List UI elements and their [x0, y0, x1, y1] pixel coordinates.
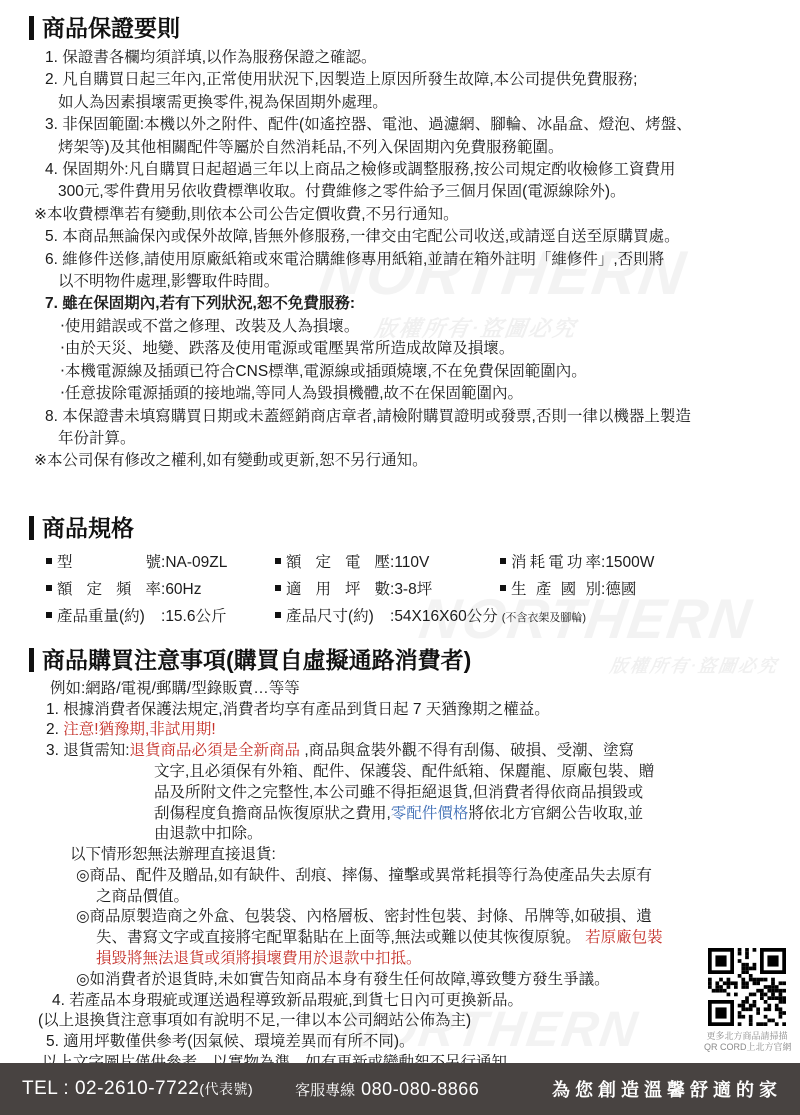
text-line: 6. 維修件送修,請使用原廠紙箱或來電洽購維修專用紙箱,並請在箱外註明「維修件」… — [0, 249, 800, 271]
text-segment: 300元,零件費用另依收費標準收取。付費維修之零件給予三個月保固(電源線除外)。 — [58, 183, 626, 200]
text-segment: ,商品與盒裝外觀不得有刮傷、破損、受潮、塗寫 — [300, 742, 634, 759]
heading-bar-icon — [29, 16, 34, 40]
footer-service: 客服專線080-080-8866 — [295, 1079, 479, 1100]
text-segment: 烤架等)及其他相關配件等屬於自然消耗品,不列入保固期內免費服務範圍。 — [58, 139, 563, 156]
text-line: ※本收費標準若有變動,則依本公司公告定價收費,不另行通知。 — [0, 204, 800, 226]
text-line: 5. 本商品無論保內或保外故障,皆無外修服務,一律交由宅配公司收送,或請逕自送至… — [0, 226, 800, 248]
text-segment: 年份計算。 — [58, 430, 136, 447]
text-segment: 4. 若產品本身瑕疵或運送過程導致新品瑕疵,到貨七日內可更換新品。 — [52, 992, 523, 1009]
spec-item: 生產國別:德國 — [500, 576, 636, 603]
heading-bar-icon — [29, 516, 34, 540]
spec-label: 產品尺寸(約) — [286, 603, 390, 630]
text-line: 4. 保固期外:凡自購買日起超過三年以上商品之檢修或調整服務,按公司規定酌收檢修… — [0, 159, 800, 181]
square-bullet-icon — [46, 585, 52, 591]
spec-value: 德國 — [605, 581, 636, 598]
text-line: ‧由於天災、地變、跌落及使用電源或電壓異常所造成故障及損壞。 — [0, 338, 800, 360]
section-purchase: 商品購買注意事項(購買自虛擬通路消費者) 例如:網路/電視/郵購/型錄販賣…等等… — [0, 645, 800, 1074]
spec-value: 3-8坪 — [394, 581, 432, 598]
purchase-title-text: 商品購買注意事項(購買自虛擬通路消費者) — [42, 645, 471, 675]
footer-service-phone: 080-080-8866 — [361, 1079, 479, 1099]
spec-value: 54X16X60公分 — [394, 608, 497, 625]
text-line: 7. 雖在保固期內,若有下列狀況,恕不免費服務: — [0, 293, 800, 315]
text-line: 3. 非保固範圍:本機以外之附件、配件(如遙控器、電池、過濾網、腳輪、冰晶盒、燈… — [0, 114, 800, 136]
text-line: 以不明物件處理,影響取件時間。 — [0, 271, 800, 293]
spec-value: 1500W — [605, 554, 654, 571]
spec-value: 60Hz — [165, 581, 201, 598]
text-line: ‧本機電源線及插頭已符合CNS標準,電源線或插頭燒壞,不在免費保固範圍內。 — [0, 361, 800, 383]
qr-code-icon — [708, 948, 786, 1026]
text-segment: 如人為因素損壞需更換零件,視為保固期外處理。 — [58, 94, 388, 111]
text-line: 損毀將無法退貨或須將損壞費用於退款中扣抵。 — [0, 949, 800, 970]
warranty-title: 商品保證要則 — [0, 13, 800, 43]
text-segment: 之商品價值。 — [96, 888, 189, 905]
text-segment: ※本收費標準若有變動,則依本公司公告定價收費,不另行通知。 — [34, 206, 459, 223]
spec-item: 產品尺寸(約):54X16X60公分(不含衣架及腳輪) — [275, 603, 586, 632]
text-segment: ‧使用錯誤或不當之修理、改裝及人為損壞。 — [60, 318, 359, 335]
qr-block: 更多北方商品請掃描 QR CORD上北方官網 — [704, 948, 790, 1053]
text-segment: 以不明物件處理,影響取件時間。 — [58, 273, 279, 290]
square-bullet-icon — [500, 558, 506, 564]
text-segment: 2. 凡自購買日起三年內,正常使用狀況下,因製造上原因所發生故障,本公司提供免費… — [45, 71, 637, 88]
heading-bar-icon — [29, 648, 34, 672]
qr-caption-line2: QR CORD上北方官網 — [704, 1042, 790, 1053]
spec-row: 額定頻率:60Hz適用坪數:3-8坪生產國別:德國 — [0, 576, 800, 603]
text-segment: ‧由於天災、地變、跌落及使用電源或電壓異常所造成故障及損壞。 — [60, 340, 514, 357]
text-segment: 6. 維修件送修,請使用原廠紙箱或來電洽購維修專用紙箱,並請在箱外註明「維修件」… — [45, 251, 664, 268]
text-line: 8. 本保證書未填寫購買日期或未蓋經銷商店章者,請檢附購買證明或發票,否則一律以… — [0, 406, 800, 428]
text-line: 文字,且必須保有外箱、配件、保護袋、配件紙箱、保麗龍、原廠包裝、贈 — [0, 762, 800, 783]
purchase-title: 商品購買注意事項(購買自虛擬通路消費者) — [0, 645, 800, 675]
qr-caption-line1: 更多北方商品請掃描 — [704, 1031, 790, 1042]
text-segment: ◎商品原製造商之外盒、包裝袋、內格層板、密封性包裝、封條、吊牌等,如破損、遺 — [76, 908, 652, 925]
warranty-lines: 1. 保證書各欄均須詳填,以作為服務保證之確認。2. 凡自購買日起三年內,正常使… — [0, 47, 800, 473]
spec-value: 110V — [394, 554, 429, 571]
section-warranty: 商品保證要則 1. 保證書各欄均須詳填,以作為服務保證之確認。2. 凡自購買日起… — [0, 0, 800, 473]
spec-label: 型號 — [57, 549, 161, 576]
spec-rows: 型號:NA-09ZL額定電壓:110V消耗電功率:1500W額定頻率:60Hz適… — [0, 549, 800, 630]
specs-title-text: 商品規格 — [42, 513, 134, 543]
text-segment: 刮傷程度負擔商品恢復原狀之費用, — [154, 805, 391, 822]
text-line: 以下情形恕無法辦理直接退貨: — [0, 845, 800, 866]
text-segment: 退貨商品必須是全新商品 — [130, 742, 301, 759]
spec-item: 產品重量(約):15.6公斤 — [46, 603, 226, 630]
text-line: 300元,零件費用另依收費標準收取。付費維修之零件給予三個月保固(電源線除外)。 — [0, 181, 800, 203]
text-segment: 損毀將無法退貨或須將損壞費用於退款中扣抵。 — [96, 950, 422, 967]
square-bullet-icon — [46, 612, 52, 618]
text-segment: 以下情形恕無法辦理直接退貨: — [70, 846, 276, 863]
spec-label: 消耗電功率 — [511, 549, 601, 576]
text-line: 4. 若產品本身瑕疵或運送過程導致新品瑕疵,到貨七日內可更換新品。 — [0, 991, 800, 1012]
text-line: 如人為因素損壞需更換零件,視為保固期外處理。 — [0, 92, 800, 114]
spec-item: 型號:NA-09ZL — [46, 549, 227, 576]
square-bullet-icon — [275, 558, 281, 564]
warranty-title-text: 商品保證要則 — [42, 13, 180, 43]
footer-bar: TEL : 02-2610-7722(代表號) 客服專線080-080-8866… — [0, 1063, 800, 1115]
spec-item: 適用坪數:3-8坪 — [275, 576, 432, 603]
text-segment: ※本公司保有修改之權利,如有變動或更新,恕不另行通知。 — [34, 452, 428, 469]
text-segment: 由退款中扣除。 — [154, 825, 263, 842]
text-line: (以上退換貨注意事項如有說明不足,一律以本公司網站公佈為主) — [0, 1011, 800, 1032]
spec-value: NA-09ZL — [165, 554, 227, 571]
footer-service-label: 客服專線 — [295, 1082, 355, 1099]
square-bullet-icon — [275, 612, 281, 618]
spec-value: 15.6公斤 — [165, 608, 226, 625]
text-segment: 5. 本商品無論保內或保外故障,皆無外修服務,一律交由宅配公司收送,或請逕自送至… — [45, 228, 680, 245]
spec-label: 產品重量(約) — [57, 603, 161, 630]
square-bullet-icon — [500, 585, 506, 591]
section-specs: 商品規格 型號:NA-09ZL額定電壓:110V消耗電功率:1500W額定頻率:… — [0, 513, 800, 630]
text-segment: 零配件價格 — [391, 805, 469, 822]
text-line: 刮傷程度負擔商品恢復原狀之費用,零配件價格將依北方官網公告收取,並 — [0, 804, 800, 825]
square-bullet-icon — [275, 585, 281, 591]
spec-item: 額定電壓:110V — [275, 549, 429, 576]
text-line: 2. 凡自購買日起三年內,正常使用狀況下,因製造上原因所發生故障,本公司提供免費… — [0, 69, 800, 91]
spec-row: 型號:NA-09ZL額定電壓:110V消耗電功率:1500W — [0, 549, 800, 576]
spec-label: 額定電壓 — [286, 549, 390, 576]
text-segment: 將依北方官網公告收取,並 — [468, 805, 643, 822]
text-segment: ‧任意拔除電源插頭的接地端,等同人為毀損機體,故不在保固範圍內。 — [60, 385, 523, 402]
footer-tel: TEL : 02-2610-7722(代表號) — [22, 1078, 253, 1100]
text-segment: 例如:網路/電視/郵購/型錄販賣…等等 — [50, 680, 300, 697]
spec-row: 產品重量(約):15.6公斤產品尺寸(約):54X16X60公分(不含衣架及腳輪… — [0, 603, 800, 630]
specs-title: 商品規格 — [0, 513, 800, 543]
text-segment: 2. — [46, 721, 63, 738]
text-line: 例如:網路/電視/郵購/型錄販賣…等等 — [0, 679, 800, 700]
text-segment: 注意!猶豫期,非試用期! — [63, 721, 215, 738]
text-segment: ◎商品、配件及贈品,如有缺件、刮痕、摔傷、撞擊或異常耗損等行為使產品失去原有 — [76, 867, 652, 884]
text-line: ◎如消費者於退貨時,未如實告知商品本身有發生任何故障,導致雙方發生爭議。 — [0, 970, 800, 991]
footer-tel-number: TEL : 02-2610-7722 — [22, 1078, 199, 1099]
footer-tel-suffix: (代表號) — [199, 1081, 253, 1097]
text-line: 品及所附文件之完整性,本公司雖不得拒絕退貨,但消費者得依商品損毀或 — [0, 783, 800, 804]
text-segment: 3. 非保固範圍:本機以外之附件、配件(如遙控器、電池、過濾網、腳輪、冰晶盒、燈… — [45, 116, 692, 133]
text-segment: ‧本機電源線及插頭已符合CNS標準,電源線或插頭燒壞,不在免費保固範圍內。 — [60, 363, 587, 380]
text-line: ‧任意拔除電源插頭的接地端,等同人為毀損機體,故不在保固範圍內。 — [0, 383, 800, 405]
text-line: ◎商品、配件及贈品,如有缺件、刮痕、摔傷、撞擊或異常耗損等行為使產品失去原有 — [0, 866, 800, 887]
spec-item: 消耗電功率:1500W — [500, 549, 654, 576]
text-segment: 文字,且必須保有外箱、配件、保護袋、配件紙箱、保麗龍、原廠包裝、贈 — [154, 763, 654, 780]
text-segment: 8. 本保證書未填寫購買日期或未蓋經銷商店章者,請檢附購買證明或發票,否則一律以… — [45, 408, 691, 425]
text-line: ◎商品原製造商之外盒、包裝袋、內格層板、密封性包裝、封條、吊牌等,如破損、遺 — [0, 907, 800, 928]
text-line: 失、書寫文字或直接將宅配單黏貼在上面等,無法或難以使其恢復原貌。 若原廠包裝 — [0, 928, 800, 949]
text-segment: 3. 退貨需知: — [46, 742, 130, 759]
square-bullet-icon — [46, 558, 52, 564]
spec-item: 額定頻率:60Hz — [46, 576, 202, 603]
text-line: 由退款中扣除。 — [0, 824, 800, 845]
text-line: 之商品價值。 — [0, 887, 800, 908]
document-page: NORTHERN版權所有‧盜圖必究NORTHERN版權所有‧盜圖必究NORTHE… — [0, 0, 800, 1115]
text-line: 1. 保證書各欄均須詳填,以作為服務保證之確認。 — [0, 47, 800, 69]
text-line: 3. 退貨需知:退貨商品必須是全新商品 ,商品與盒裝外觀不得有刮傷、破損、受潮、… — [0, 741, 800, 762]
text-line: 5. 適用坪數僅供參考(因氣候、環境差異而有所不同)。 — [0, 1032, 800, 1053]
text-segment: 5. 適用坪數僅供參考(因氣候、環境差異而有所不同)。 — [46, 1033, 415, 1050]
text-segment: 7. 雖在保固期內,若有下列狀況,恕不免費服務: — [45, 295, 355, 312]
text-line: 1. 根據消費者保護法規定,消費者均享有產品到貨日起 7 天猶豫期之權益。 — [0, 700, 800, 721]
text-line: ‧使用錯誤或不當之修理、改裝及人為損壞。 — [0, 316, 800, 338]
text-segment: 1. 保證書各欄均須詳填,以作為服務保證之確認。 — [45, 49, 377, 66]
spec-label: 適用坪數 — [286, 576, 390, 603]
spec-note: (不含衣架及腳輪) — [502, 612, 586, 624]
spec-label: 額定頻率 — [57, 576, 161, 603]
text-line: 2. 注意!猶豫期,非試用期! — [0, 720, 800, 741]
text-segment: 4. 保固期外:凡自購買日起超過三年以上商品之檢修或調整服務,按公司規定酌收檢修… — [45, 161, 675, 178]
text-segment: 1. 根據消費者保護法規定,消費者均享有產品到貨日起 7 天猶豫期之權益。 — [46, 701, 550, 718]
spec-label: 生產國別 — [511, 576, 601, 603]
text-line: ※本公司保有修改之權利,如有變動或更新,恕不另行通知。 — [0, 450, 800, 472]
text-line: 烤架等)及其他相關配件等屬於自然消耗品,不列入保固期內免費服務範圍。 — [0, 137, 800, 159]
text-line: 年份計算。 — [0, 428, 800, 450]
text-segment: 失、書寫文字或直接將宅配單黏貼在上面等,無法或難以使其恢復原貌。 — [96, 929, 581, 946]
purchase-lines: 例如:網路/電視/郵購/型錄販賣…等等1. 根據消費者保護法規定,消費者均享有產… — [0, 679, 800, 1074]
text-segment: 品及所附文件之完整性,本公司雖不得拒絕退貨,但消費者得依商品損毀或 — [154, 784, 643, 801]
text-segment: 若原廠包裝 — [581, 929, 663, 946]
footer-slogan: 為您創造溫馨舒適的家 — [552, 1076, 782, 1102]
text-segment: (以上退換貨注意事項如有說明不足,一律以本公司網站公佈為主) — [38, 1012, 471, 1029]
text-segment: ◎如消費者於退貨時,未如實告知商品本身有發生任何故障,導致雙方發生爭議。 — [76, 971, 610, 988]
